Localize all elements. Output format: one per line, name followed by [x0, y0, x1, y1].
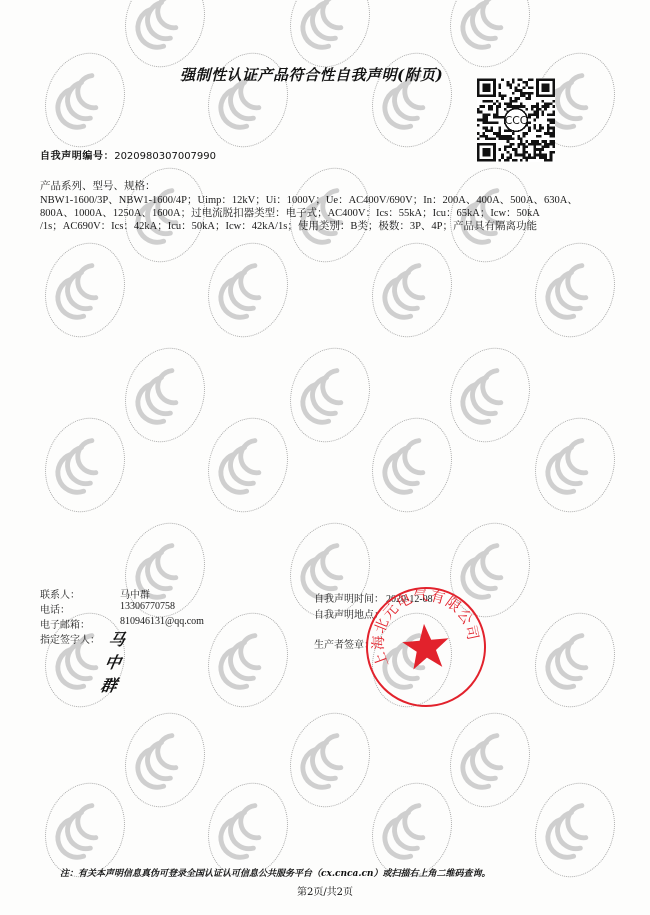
ccc-watermark-icon: [278, 702, 382, 817]
product-spec-text: NBW1-1600/3P、NBW1-1600/4P；Uimp：12kV；Ui：1…: [40, 194, 620, 233]
footer-note: 注：有关本声明信息真伪可登录全国认证认可信息公共服务平台（cx.cnca.cn）…: [60, 866, 490, 879]
ccc-watermark-icon: [438, 337, 542, 452]
ccc-watermark-icon: [113, 702, 217, 817]
declaration-number-value: 2020980307007990: [114, 151, 216, 162]
ccc-watermark-icon: [523, 232, 627, 347]
ccc-watermark-icon: [196, 232, 300, 347]
declaration-number: 自我声明编号：2020980307007990: [40, 147, 216, 162]
ccc-watermark-icon: [438, 702, 542, 817]
product-spec-line: /1s；AC690V：Ics：42kA；Icu：50kA；Icw：42kA/1s…: [40, 220, 620, 233]
ccc-watermark-icon: [196, 407, 300, 522]
product-spec-label: 产品系列、型号、规格：: [40, 178, 156, 193]
contact-person-value: 马中群: [120, 586, 150, 601]
product-spec-line: NBW1-1600/3P、NBW1-1600/4P；Uimp：12kV；Ui：1…: [40, 194, 620, 207]
ccc-watermark-icon: [33, 232, 137, 347]
phone-label: 电话：: [40, 601, 70, 616]
ccc-watermark-icon: [113, 337, 217, 452]
contact-person-label: 联系人：: [40, 586, 80, 601]
ccc-watermark-icon: [523, 407, 627, 522]
handwritten-signature: 马中群: [99, 627, 127, 696]
ccc-watermark-icon: [33, 42, 137, 157]
ccc-watermark-icon: [360, 407, 464, 522]
phone-value: 13306770758: [120, 601, 175, 612]
ccc-watermark-icon: [196, 42, 300, 157]
product-spec-line: 800A、1000A、1250A、1600A；过电流脱扣器类型：电子式；AC40…: [40, 207, 620, 220]
company-seal-stamp: 上海北元电气有限公司: [361, 582, 491, 712]
ccc-watermark-icon: [196, 602, 300, 717]
email-label: 电子邮箱：: [40, 616, 90, 631]
ccc-watermark-icon: [523, 772, 627, 887]
page-number: 第2页/共2页: [0, 883, 650, 898]
ccc-watermark-icon: [278, 337, 382, 452]
star-icon: [401, 622, 451, 670]
ccc-watermark-icon: [360, 232, 464, 347]
declaration-number-label: 自我声明编号：: [40, 151, 114, 162]
document-title: 强制性认证产品符合性自我声明(附页): [180, 64, 443, 85]
ccc-watermark-icon: [523, 602, 627, 717]
signer-label: 指定签字人：: [40, 631, 100, 646]
ccc-watermark-icon: [33, 407, 137, 522]
svg-text:CCC: CCC: [505, 114, 528, 127]
ccc-watermark-icon: [438, 0, 542, 78]
email-value: 810946131@qq.com: [120, 616, 204, 627]
ccc-watermark-icon: [360, 42, 464, 157]
declaration-page: 强制性认证产品符合性自我声明(附页) CCC 自我声明编号：2020980307…: [0, 0, 650, 915]
qr-code-icon[interactable]: CCC: [477, 78, 555, 162]
